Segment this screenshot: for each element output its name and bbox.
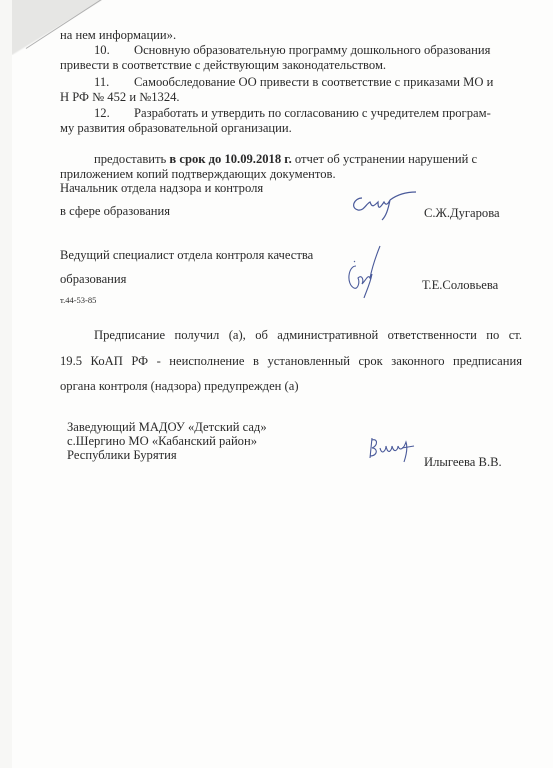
deadline-line1: предоставить в срок до 10.09.2018 г. отч… [94,152,477,167]
acknowledgement-line1: Предписание получил (а), об администрати… [94,328,522,343]
acknowledgement-line3: органа контроля (надзора) предупрежден (… [60,379,299,394]
deadline-date: в срок до 10.09.2018 г. [169,152,291,166]
recipient-title-line2: с.Шергино МО «Кабанский район» [67,434,257,449]
signatory1-name: С.Ж.Дугарова [424,206,500,221]
item-number-10: 10. [94,43,110,58]
item-10-line2: привести в соответствие с действующим за… [60,58,386,73]
signatory1-title-line1: Начальник отдела надзора и контроля [60,181,263,196]
signatory2-phone: т.44-53-85 [60,293,96,308]
item-11-line2: Н РФ № 452 и №1324. [60,90,180,105]
acknowledgement-line2: 19.5 КоАП РФ - неисполнение в установлен… [60,354,522,369]
item-12-line1: Разработать и утвердить по согласованию … [134,106,491,121]
signature-ilygeeva [368,434,418,464]
deadline-prefix: предоставить [94,152,166,166]
recipient-title-line3: Республики Бурятия [67,448,177,463]
recipient-title-line1: Заведующий МАДОУ «Детский сад» [67,420,267,435]
signatory1-title-line2: в сфере образования [60,204,170,219]
item-number-12: 12. [94,106,110,121]
deadline-line2: приложением копий подтверждающих докумен… [60,167,336,182]
signatory2-title-line1: Ведущий специалист отдела контроля качес… [60,248,313,263]
signature-solovyeva [344,244,384,300]
signatory2-title-line2: образования [60,272,126,287]
deadline-suffix: отчет об устранении нарушений с [295,152,477,166]
item-12-line2: му развития образовательной организации. [60,121,292,136]
signature-dugarova [348,190,418,222]
item-10-line1: Основную образовательную программу дошко… [134,43,534,58]
item-number-11: 11. [94,75,109,90]
scanned-page: на нем информации». 10. Основную образов… [12,0,553,768]
recipient-name: Илыгеева В.В. [424,455,502,470]
item-11-line1: Самообследование ОО привести в соответст… [134,75,493,90]
signatory2-name: Т.Е.Соловьева [422,278,498,293]
continuation-line: на нем информации». [60,28,176,43]
